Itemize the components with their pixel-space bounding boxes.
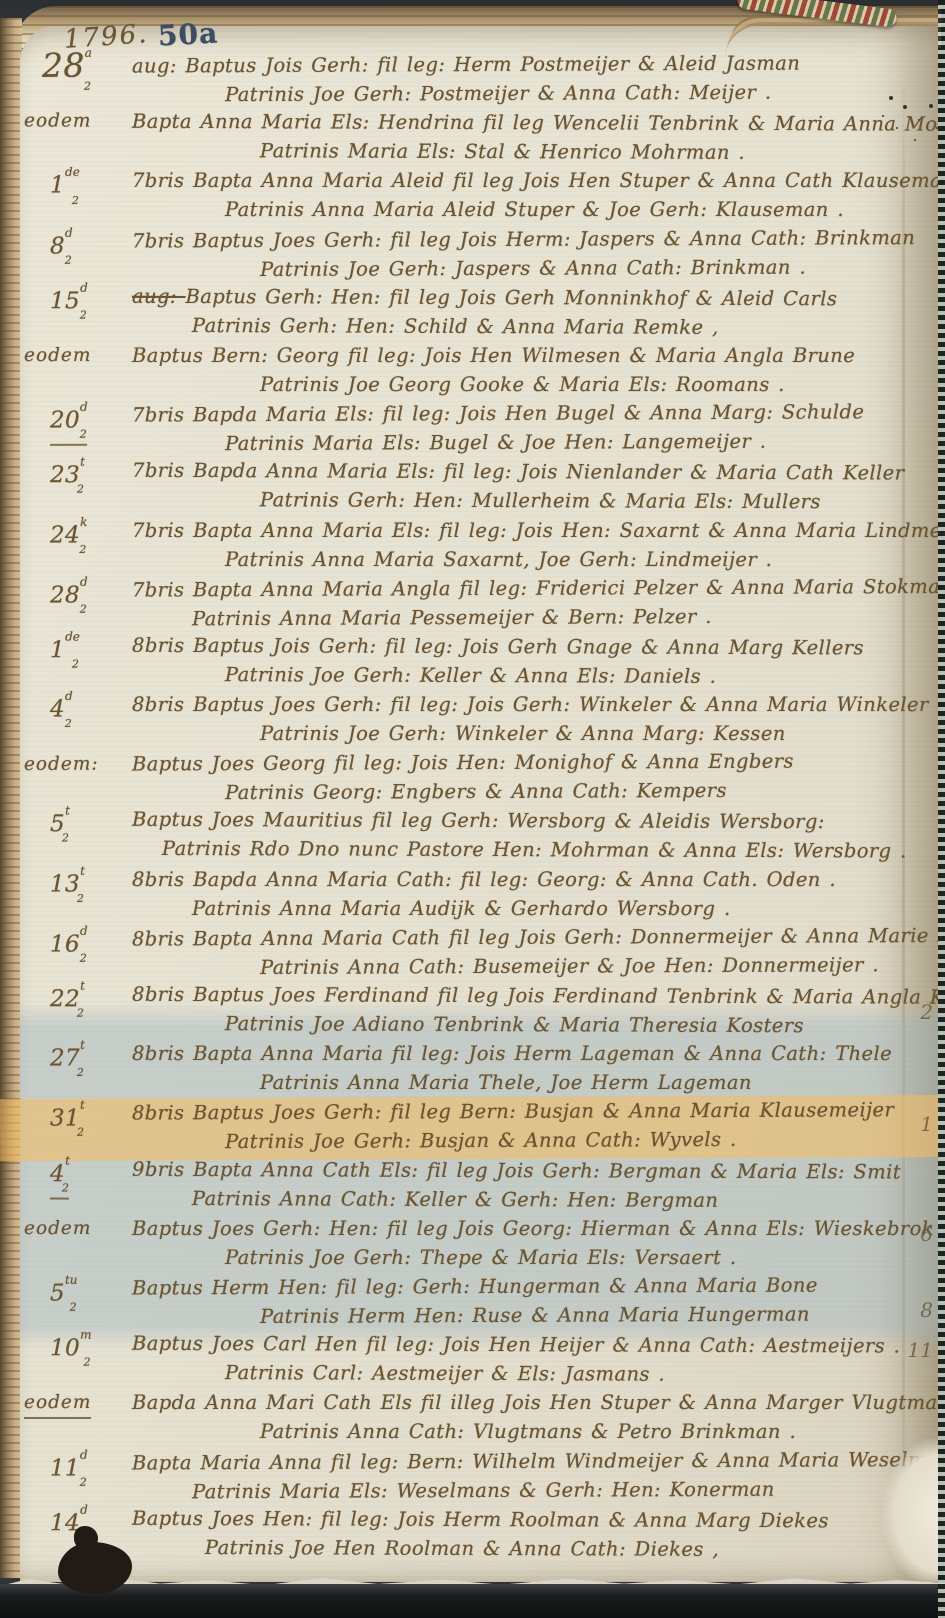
- entry-text: Bapta Maria Anna fil leg: Bern: Wilhelm …: [132, 1444, 945, 1477]
- entry-date: eodem: [24, 1388, 91, 1419]
- entry-month: 8bris: [132, 1042, 193, 1065]
- bottom-right-page-curl: [882, 1438, 938, 1588]
- entry-date: 5tu2: [50, 1274, 77, 1317]
- entry-text: aug: Baptus Gerh: Hen: fil leg Jois Gerh…: [132, 282, 837, 314]
- register-entry: 5t2Baptus Joes Mauritius fil leg Gerh: W…: [20, 805, 935, 866]
- register-entry: 10m2Baptus Joes Carl Hen fil leg: Jois H…: [20, 1329, 935, 1390]
- entry-patrini-text: Patrinis Joe Hen Roolman & Anna Cath: Di…: [205, 1533, 719, 1564]
- entry-date: 16d2: [50, 925, 87, 969]
- register-entry: 4t29bris Bapta Anna Cath Els: fil leg Jo…: [20, 1154, 935, 1215]
- entry-date: 27t2: [50, 1039, 84, 1082]
- entry-text: 8bris Baptus Joes Gerh: fil leg Bern: Bu…: [132, 1096, 894, 1128]
- entry-date: 28d2: [50, 575, 87, 619]
- entry-text: 8bris Baptus Jois Gerh: fil leg: Jois Ge…: [132, 631, 864, 663]
- entry-patrini-text: Patrinis Carl: Aestmeijer & Els: Jasmans…: [225, 1358, 665, 1389]
- register-entry: 28d27bris Bapta Anna Maria Angla fil leg…: [20, 572, 935, 634]
- entry-patrini-text: Patrinis Anna Maria Thele, Joe Herm Lage…: [260, 1068, 752, 1097]
- register-entry: 20d27bris Bapda Maria Els: fil leg: Jois…: [20, 397, 935, 459]
- entry-patrini-text: Patrinis Joe Gerh: Thepe & Maria Els: Ve…: [225, 1243, 737, 1272]
- entry-date: eodem: [24, 341, 91, 370]
- register-entry: eodemBapda Anna Mari Cath Els fil illeg …: [20, 1388, 935, 1446]
- entry-date: 10m2: [50, 1329, 91, 1372]
- entry-text: aug: Baptus Jois Gerh: fil leg: Herm Pos…: [132, 49, 800, 81]
- entries-list: 28a2aug: Baptus Jois Gerh: fil leg: Herm…: [20, 50, 935, 1563]
- register-entry: 16d28bris Bapta Anna Maria Cath fil leg …: [20, 921, 935, 983]
- entry-text: Baptus Herm Hen: fil leg: Gerh: Hungerma…: [132, 1270, 818, 1302]
- entry-text: 9bris Bapta Anna Cath Els: fil leg Jois …: [132, 1154, 901, 1186]
- margin-number: 2: [920, 1000, 933, 1024]
- entry-date: eodem: [24, 1214, 91, 1243]
- entry-date: 1de2: [50, 630, 79, 673]
- entry-date: 23t2: [50, 456, 84, 499]
- margin-number: 6: [920, 1222, 933, 1246]
- register-entry: 13t28bris Bapda Anna Maria Cath: fil leg…: [20, 865, 935, 923]
- register-entry: 11d2Bapta Maria Anna fil leg: Bern: Wilh…: [20, 1445, 935, 1507]
- entry-patrini-text: Patrinis Joe Gerh: Jaspers & Anna Cath: …: [260, 252, 806, 283]
- entry-month: 8bris: [132, 634, 193, 657]
- register-entry: 1de28bris Baptus Jois Gerh: fil leg: Joi…: [20, 630, 935, 691]
- entry-patrini-text: Patrinis Anna Cath: Vlugtmans & Petro Br…: [260, 1417, 796, 1446]
- entry-date: 22t2: [50, 980, 84, 1023]
- entry-text: Baptus Joes Georg fil leg: Jois Hen: Mon…: [132, 747, 794, 779]
- entry-patrini-text: Patrinis Anna Maria Aleid Stuper & Joe G…: [225, 195, 844, 224]
- entry-date: eodem:: [24, 750, 99, 779]
- register-entry: eodemBapta Anna Maria Els: Hendrina fil …: [20, 107, 935, 168]
- entry-patrini-text: Patrinis Maria Els: Weselmans & Gerh: He…: [192, 1474, 775, 1506]
- entry-month: 7bris: [132, 519, 193, 542]
- entry-text: Baptus Joes Mauritius fil leg Gerh: Wers…: [132, 805, 825, 837]
- register-entry: eodem:Baptus Joes Georg fil leg: Jois He…: [20, 746, 935, 808]
- register-entry: eodemBaptus Joes Gerh: Hen: fil leg Jois…: [20, 1214, 935, 1272]
- entry-month: 7bris: [132, 459, 193, 482]
- register-entry-highlighted[interactable]: 31t28bris Baptus Joes Gerh: fil leg Bern…: [20, 1095, 935, 1157]
- entry-text: 7bris Bapta Anna Maria Els: fil leg: Joi…: [132, 516, 945, 545]
- entry-patrini-text: Patrinis Anna Cath: Busemeijer & Joe Hen…: [260, 950, 879, 982]
- register-entry: 4d28bris Baptus Joes Gerh: fil leg: Jois…: [20, 690, 935, 748]
- entry-date: 5t2: [50, 805, 69, 848]
- entry-month: 7bris: [132, 578, 193, 601]
- entry-month: 8bris: [132, 1102, 193, 1125]
- entry-month: 7bris: [132, 403, 193, 426]
- entry-text: Baptus Bern: Georg fil leg: Jois Hen Wil…: [132, 341, 855, 370]
- entry-text: 7bris Bapda Anna Maria Els: fil leg: Joi…: [132, 456, 904, 488]
- entry-text: 7bris Bapta Anna Maria Angla fil leg: Fr…: [132, 572, 945, 605]
- register-entry: 5tu2Baptus Herm Hen: fil leg: Gerh: Hung…: [20, 1270, 935, 1332]
- entry-date: 31t2: [50, 1099, 85, 1142]
- entry-patrini-text: Patrinis Anna Maria Pessemeijer & Bern: …: [192, 602, 712, 633]
- register-entry: 23t27bris Bapda Anna Maria Els: fil leg:…: [20, 456, 935, 517]
- margin-number: 1: [920, 1112, 933, 1136]
- entry-patrini-text: Patrinis Joe Adiano Tenbrink & Maria The…: [225, 1009, 804, 1040]
- entry-patrini-text: Patrinis Georg: Engbers & Anna Cath: Kem…: [225, 776, 727, 807]
- register-entry: 8d27bris Baptus Joes Gerh: fil leg Jois …: [20, 223, 935, 285]
- entry-month: 7bris: [132, 169, 193, 192]
- page-folio-number: 50a: [157, 16, 219, 52]
- entry-text: 8bris Baptus Joes Ferdinand fil leg Jois…: [132, 980, 945, 1012]
- entry-month: 9bris: [132, 1157, 193, 1180]
- entry-date: eodem: [24, 107, 92, 136]
- entry-month: aug:: [132, 285, 186, 308]
- entry-patrini-text: Patrinis Joe Gerh: Postmeijer & Anna Cat…: [225, 78, 771, 109]
- book-fore-edge: [0, 18, 22, 1578]
- register-entry: 1de27bris Bapta Anna Maria Aleid fil leg…: [20, 166, 935, 224]
- entry-patrini-text: Patrinis Joe Gerh: Keller & Anna Els: Da…: [225, 660, 716, 691]
- scanned-register-page: 1796. 50a 28a2aug: Baptus Jois Gerh: fil…: [0, 0, 945, 1618]
- entry-text: 8bris Bapda Anna Maria Cath: fil leg: Ge…: [132, 865, 836, 894]
- margin-number: 8: [920, 1298, 933, 1322]
- entry-month: 8bris: [132, 868, 193, 891]
- register-entry: eodemBaptus Bern: Georg fil leg: Jois He…: [20, 341, 935, 399]
- entry-text: Baptus Joes Hen: fil leg: Jois Herm Rool…: [132, 1503, 829, 1535]
- entry-patrini-text: Patrinis Gerh: Hen: Mullerheim & Maria E…: [260, 486, 821, 517]
- register-entry: 15d2aug: Baptus Gerh: Hen: fil leg Jois …: [20, 281, 935, 342]
- entry-date: 1de2: [50, 166, 79, 209]
- margin-numbers: 216811: [909, 0, 935, 1618]
- entry-patrini-text: Patrinis Joe Gerh: Winkeler & Anna Marg:…: [260, 719, 786, 748]
- entry-text: Bapda Anna Mari Cath Els fil illeg Jois …: [132, 1388, 945, 1417]
- entry-month: 8bris: [132, 927, 193, 950]
- entry-date: 8d2: [50, 226, 72, 269]
- entry-date: 20d2: [50, 401, 87, 447]
- entry-patrini-text: Patrinis Rdo Dno nunc Pastore Hen: Mohrm…: [162, 834, 907, 866]
- register-entry: 27t28bris Bapta Anna Maria fil leg: Jois…: [20, 1039, 935, 1097]
- entry-text: Baptus Joes Gerh: Hen: fil leg Jois Geor…: [132, 1214, 934, 1243]
- register-entry: 24k27bris Bapta Anna Maria Els: fil leg:…: [20, 516, 935, 574]
- table-background: [0, 1584, 945, 1618]
- entry-text: 7bris Bapda Maria Els: fil leg: Jois Hen…: [132, 397, 865, 429]
- entry-date: 28a2: [42, 47, 92, 96]
- entry-patrini-text: Patrinis Herm Hen: Ruse & Anna Maria Hun…: [260, 1300, 810, 1331]
- entry-text: 8bris Bapta Anna Maria Cath fil leg Jois…: [132, 920, 945, 953]
- entry-text: 7bris Bapta Anna Maria Aleid fil leg Joi…: [132, 166, 945, 195]
- film-edge-strip: [938, 0, 945, 1618]
- entry-month: 8bris: [132, 983, 193, 1006]
- margin-number: 11: [908, 1338, 933, 1362]
- register-entry: 22t28bris Baptus Joes Ferdinand fil leg …: [20, 979, 935, 1040]
- entry-date: 13t2: [50, 865, 84, 908]
- entry-patrini-text: Patrinis Gerh: Hen: Schild & Anna Maria …: [192, 311, 719, 342]
- entry-text: 7bris Baptus Joes Gerh: fil leg Jois Her…: [132, 223, 915, 256]
- entry-patrini-text: Patrinis Maria Els: Stal & Henrico Mohrm…: [260, 137, 745, 168]
- entry-patrini-text: Patrinis Joe Gerh: Busjan & Anna Cath: W…: [225, 1125, 737, 1156]
- entry-text: 8bris Bapta Anna Maria fil leg: Jois Her…: [132, 1039, 892, 1068]
- entry-patrini-text: Patrinis Joe Georg Gooke & Maria Els: Ro…: [260, 370, 785, 399]
- entry-date: 11d2: [50, 1448, 87, 1492]
- entry-date: 15d2: [50, 281, 87, 324]
- entry-patrini-text: Patrinis Anna Maria Saxarnt, Joe Gerh: L…: [225, 545, 772, 574]
- entry-month: 7bris: [132, 229, 193, 252]
- entry-date: 24k2: [50, 516, 87, 559]
- entry-date: 4d2: [50, 690, 72, 733]
- entry-patrini-text: Patrinis Maria Els: Bugel & Joe Hen: Lan…: [225, 427, 766, 458]
- entry-month: aug:: [132, 54, 186, 77]
- entry-month: 8bris: [132, 693, 193, 716]
- entry-date: 4t2: [50, 1154, 69, 1199]
- entry-patrini-text: Patrinis Anna Maria Audijk & Gerhardo We…: [192, 894, 731, 923]
- entry-text: Bapta Anna Maria Els: Hendrina fil leg W…: [132, 107, 945, 139]
- ink-specks: [889, 96, 893, 100]
- entry-text: 8bris Baptus Joes Gerh: fil leg: Jois Ge…: [132, 690, 929, 719]
- entry-patrini-text: Patrinis Anna Cath: Keller & Gerh: Hen: …: [192, 1184, 719, 1215]
- register-entry: 14d2Baptus Joes Hen: fil leg: Jois Herm …: [20, 1503, 935, 1564]
- entry-text: Baptus Joes Carl Hen fil leg: Jois Hen H…: [132, 1329, 900, 1361]
